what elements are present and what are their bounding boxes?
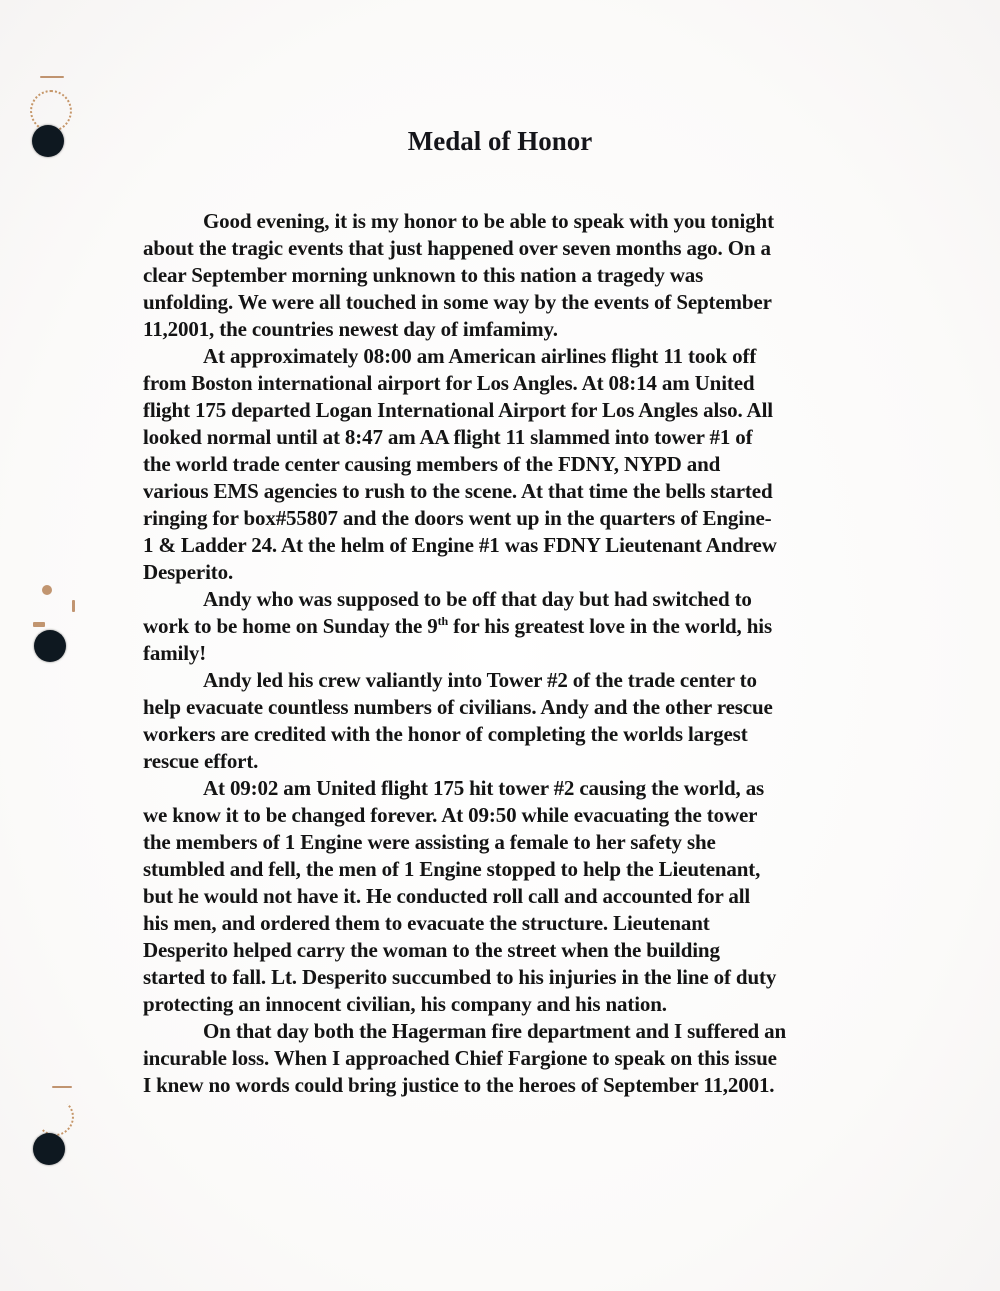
text-line: but he would not have it. He conducted r… xyxy=(83,883,863,910)
text-line: Andy led his crew valiantly into Tower #… xyxy=(143,667,863,694)
text-line: Good evening, it is my honor to be able … xyxy=(143,208,863,235)
paragraph-closing: On that day both the Hagerman fire depar… xyxy=(143,1018,863,1099)
text-line: stumbled and fell, the men of 1 Engine s… xyxy=(83,856,863,883)
paragraph-andy-family: Andy who was supposed to be off that day… xyxy=(143,586,863,667)
text-line: Desperito. xyxy=(83,559,863,586)
text-line: unfolding. We were all touched in some w… xyxy=(83,289,863,316)
text-line: the world trade center causing members o… xyxy=(83,451,863,478)
text-fragment: for his greatest love in the world, his xyxy=(448,614,772,638)
paragraph-rescue: Andy led his crew valiantly into Tower #… xyxy=(143,667,863,775)
text-line: about the tragic events that just happen… xyxy=(83,235,863,262)
paragraph-flights: At approximately 08:00 am American airli… xyxy=(143,343,863,586)
text-line: At approximately 08:00 am American airli… xyxy=(143,343,863,370)
rust-mark xyxy=(33,622,45,627)
text-line: his men, and ordered them to evacuate th… xyxy=(83,910,863,937)
text-line: flight 175 departed Logan International … xyxy=(83,397,863,424)
text-line: from Boston international airport for Lo… xyxy=(83,370,863,397)
ordinal-superscript: th xyxy=(438,614,448,628)
text-line: ringing for box#55807 and the doors went… xyxy=(83,505,863,532)
text-line: the members of 1 Engine were assisting a… xyxy=(83,829,863,856)
text-line: clear September morning unknown to this … xyxy=(83,262,863,289)
rust-mark xyxy=(52,1086,72,1088)
text-line: family! xyxy=(83,640,863,667)
scanned-page: Medal of Honor Good evening, it is my ho… xyxy=(0,0,1000,1291)
text-line: work to be home on Sunday the 9th for hi… xyxy=(83,613,863,640)
text-line: On that day both the Hagerman fire depar… xyxy=(143,1018,863,1045)
text-line: looked normal until at 8:47 am AA flight… xyxy=(83,424,863,451)
rust-mark xyxy=(42,585,52,595)
text-line: help evacuate countless numbers of civil… xyxy=(83,694,863,721)
rust-mark xyxy=(40,76,64,78)
text-line: At 09:02 am United flight 175 hit tower … xyxy=(143,775,863,802)
rust-ring xyxy=(36,1098,74,1136)
text-line: Andy who was supposed to be off that day… xyxy=(143,586,863,613)
text-line: rescue effort. xyxy=(83,748,863,775)
paragraph-opening: Good evening, it is my honor to be able … xyxy=(143,208,863,343)
text-line: started to fall. Lt. Desperito succumbed… xyxy=(83,964,863,991)
text-line: various EMS agencies to rush to the scen… xyxy=(83,478,863,505)
rust-mark xyxy=(72,600,75,612)
text-line: incurable loss. When I approached Chief … xyxy=(83,1045,863,1072)
speech-body: Good evening, it is my honor to be able … xyxy=(143,208,863,1099)
punch-hole-middle xyxy=(34,630,66,662)
text-line: protecting an innocent civilian, his com… xyxy=(83,991,863,1018)
paragraph-tower-two: At 09:02 am United flight 175 hit tower … xyxy=(143,775,863,1018)
text-fragment: work to be home on Sunday the 9 xyxy=(143,614,438,638)
punch-hole-bottom xyxy=(33,1133,65,1165)
text-line: Desperito helped carry the woman to the … xyxy=(83,937,863,964)
text-line: 1 & Ladder 24. At the helm of Engine #1 … xyxy=(83,532,863,559)
text-line: 11,2001, the countries newest day of imf… xyxy=(83,316,863,343)
text-line: we know it to be changed forever. At 09:… xyxy=(83,802,863,829)
text-line: I knew no words could bring justice to t… xyxy=(83,1072,863,1099)
text-line: workers are credited with the honor of c… xyxy=(83,721,863,748)
document-title: Medal of Honor xyxy=(0,126,1000,157)
